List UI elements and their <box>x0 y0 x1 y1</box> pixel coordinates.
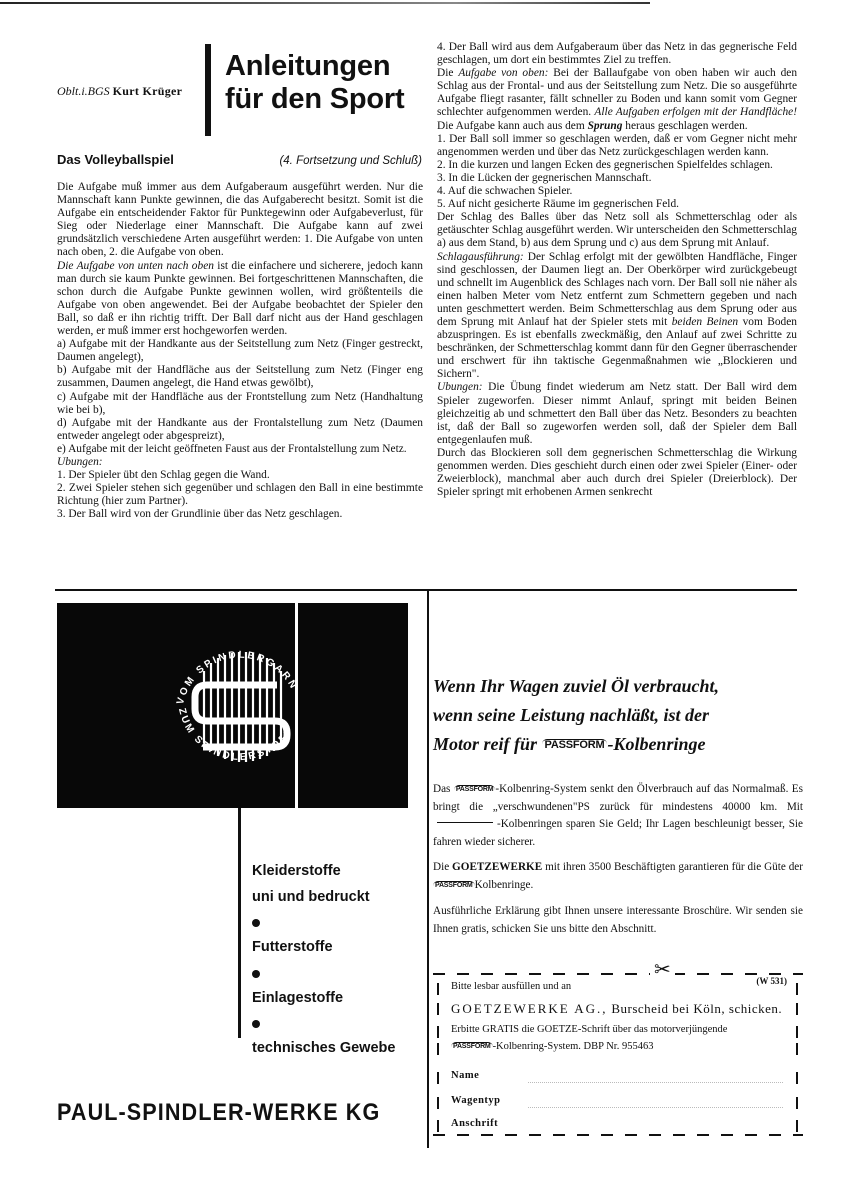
series-title: Anleitungen für den Sport <box>225 50 404 116</box>
ad-goetze: Wenn Ihr Wagen zuviel Öl verbraucht, wen… <box>430 591 855 1200</box>
ad-paragraph: Ausführliche Erklärung gibt Ihnen unsere… <box>433 903 803 938</box>
author-name: Kurt Krüger <box>113 84 183 98</box>
list-item: 4. Auf die schwachen Spieler. <box>437 185 797 198</box>
scissors-icon: ✂ <box>650 960 675 980</box>
list-item: 5. Auf nicht gesicherte Räume im gegneri… <box>437 198 797 211</box>
product-item: uni und bedruckt <box>252 885 395 911</box>
list-item: a) Aufgabe mit der Handkante aus der Sei… <box>57 338 423 364</box>
bullet-icon <box>252 970 260 978</box>
passform-logo-icon: PASSFORM <box>433 881 475 890</box>
product-list-rule <box>238 808 241 1038</box>
spindler-logo-icon: VOM SPINDLERGARN ZUM SPINDLERSTOFF <box>165 623 315 783</box>
logo-split-line <box>295 603 298 848</box>
list-item: 2. In die kurzen und langen Ecken des ge… <box>437 159 797 172</box>
name-field-label: Name <box>451 1070 479 1081</box>
coupon[interactable]: ✂ Bitte lesbar ausfüllen und an (W 531) … <box>433 957 803 1137</box>
paragraph: Die Aufgabe muß immer aus dem Aufgaberau… <box>57 181 423 260</box>
ad-paragraph: Die GOETZEWERKE mit ihren 3500 Beschäfti… <box>433 859 803 894</box>
list-item: 3. In die Lücken der gegnerischen Mannsc… <box>437 172 797 185</box>
passform-logo-icon: PASSFORM <box>542 739 608 751</box>
coupon-code: (W 531) <box>756 976 787 986</box>
list-item: 1. Der Spieler übt den Schlag gegen die … <box>57 469 423 482</box>
paragraph: Die Aufgabe von oben: Bei der Ballaufgab… <box>437 67 797 132</box>
bullet-icon <box>252 919 260 927</box>
product-item: Kleiderstoffe <box>252 859 395 885</box>
series-title-line2: für den Sport <box>225 83 404 116</box>
name-input-line[interactable] <box>528 1082 783 1083</box>
paragraph: Durch das Blockieren soll dem gegnerisch… <box>437 447 797 499</box>
list-item: 3. Der Ball wird von der Grundlinie über… <box>57 508 423 521</box>
cut-line <box>433 1134 803 1136</box>
list-item: 2. Zwei Spieler stehen sich gegenüber un… <box>57 482 423 508</box>
series-title-line1: Anleitungen <box>225 50 404 83</box>
list-item: b) Aufgabe mit der Handfläche aus der Se… <box>57 364 423 390</box>
list-item: c) Aufgabe mit der Handfläche aus der Fr… <box>57 391 423 417</box>
paragraph: Die Aufgabe von unten nach oben ist die … <box>57 260 423 339</box>
product-item: technisches Gewebe <box>252 1036 395 1062</box>
byline: Oblt.i.BGS Kurt Krüger <box>57 84 182 99</box>
company-name: PAUL-SPINDLER-WERKE KG <box>57 1099 380 1127</box>
list-item: 1. Der Ball soll immer so geschlagen wer… <box>437 133 797 159</box>
top-rule <box>0 2 650 4</box>
car-type-input-line[interactable] <box>528 1107 783 1108</box>
header-bar <box>205 44 211 136</box>
address-field-label: Anschrift <box>451 1118 498 1129</box>
article-title: Das Volleyballspiel <box>57 152 174 167</box>
paragraph: Schlagausführung: Der Schlag erfolgt mit… <box>437 251 797 382</box>
spindler-logo-block: VOM SPINDLERGARN ZUM SPINDLERSTOFF <box>57 603 408 808</box>
cut-line <box>433 973 803 975</box>
bullet-icon <box>252 1020 260 1028</box>
ad-headline: Wenn Ihr Wagen zuviel Öl verbraucht, wen… <box>433 672 719 759</box>
article-column-right: 4. Der Ball wird aus dem Aufgaberaum übe… <box>437 41 797 499</box>
article-column-left: Die Aufgabe muß immer aus dem Aufgaberau… <box>57 181 423 521</box>
passform-logo-icon: PASSFORM <box>454 785 496 794</box>
ad-spindler: VOM SPINDLERGARN ZUM SPINDLERSTOFF Kleid… <box>0 591 428 1200</box>
passform-logo-icon: PASSFORM <box>451 1042 493 1051</box>
list-item: d) Aufgabe mit der Handkante aus der Fro… <box>57 417 423 443</box>
list-item: e) Aufgabe mit der leicht geöffneten Fau… <box>57 443 423 456</box>
ad-paragraph: Das PASSFORM-Kolbenring-System senkt den… <box>433 781 803 851</box>
author-rank: Oblt.i.BGS <box>57 84 110 98</box>
product-item: Futterstoffe <box>252 935 395 961</box>
article-title-row: Das Volleyballspiel (4. Fortsetzung und … <box>57 152 422 167</box>
blank-line <box>437 822 493 823</box>
article-subtitle: (4. Fortsetzung und Schluß) <box>279 155 422 167</box>
product-item: Einlagestoffe <box>252 986 395 1012</box>
exercises-heading: Ubungen: <box>57 456 423 469</box>
article-header: Oblt.i.BGS Kurt Krüger Anleitungen für d… <box>57 40 422 140</box>
paragraph: Ubungen: Die Übung findet wiederum am Ne… <box>437 381 797 446</box>
product-list: Kleiderstoffe uni und bedruckt Futtersto… <box>252 859 395 1062</box>
paragraph: Der Schlag des Balles über das Netz soll… <box>437 211 797 250</box>
car-type-field-label: Wagentyp <box>451 1095 501 1106</box>
paragraph: 4. Der Ball wird aus dem Aufgaberaum übe… <box>437 41 797 67</box>
